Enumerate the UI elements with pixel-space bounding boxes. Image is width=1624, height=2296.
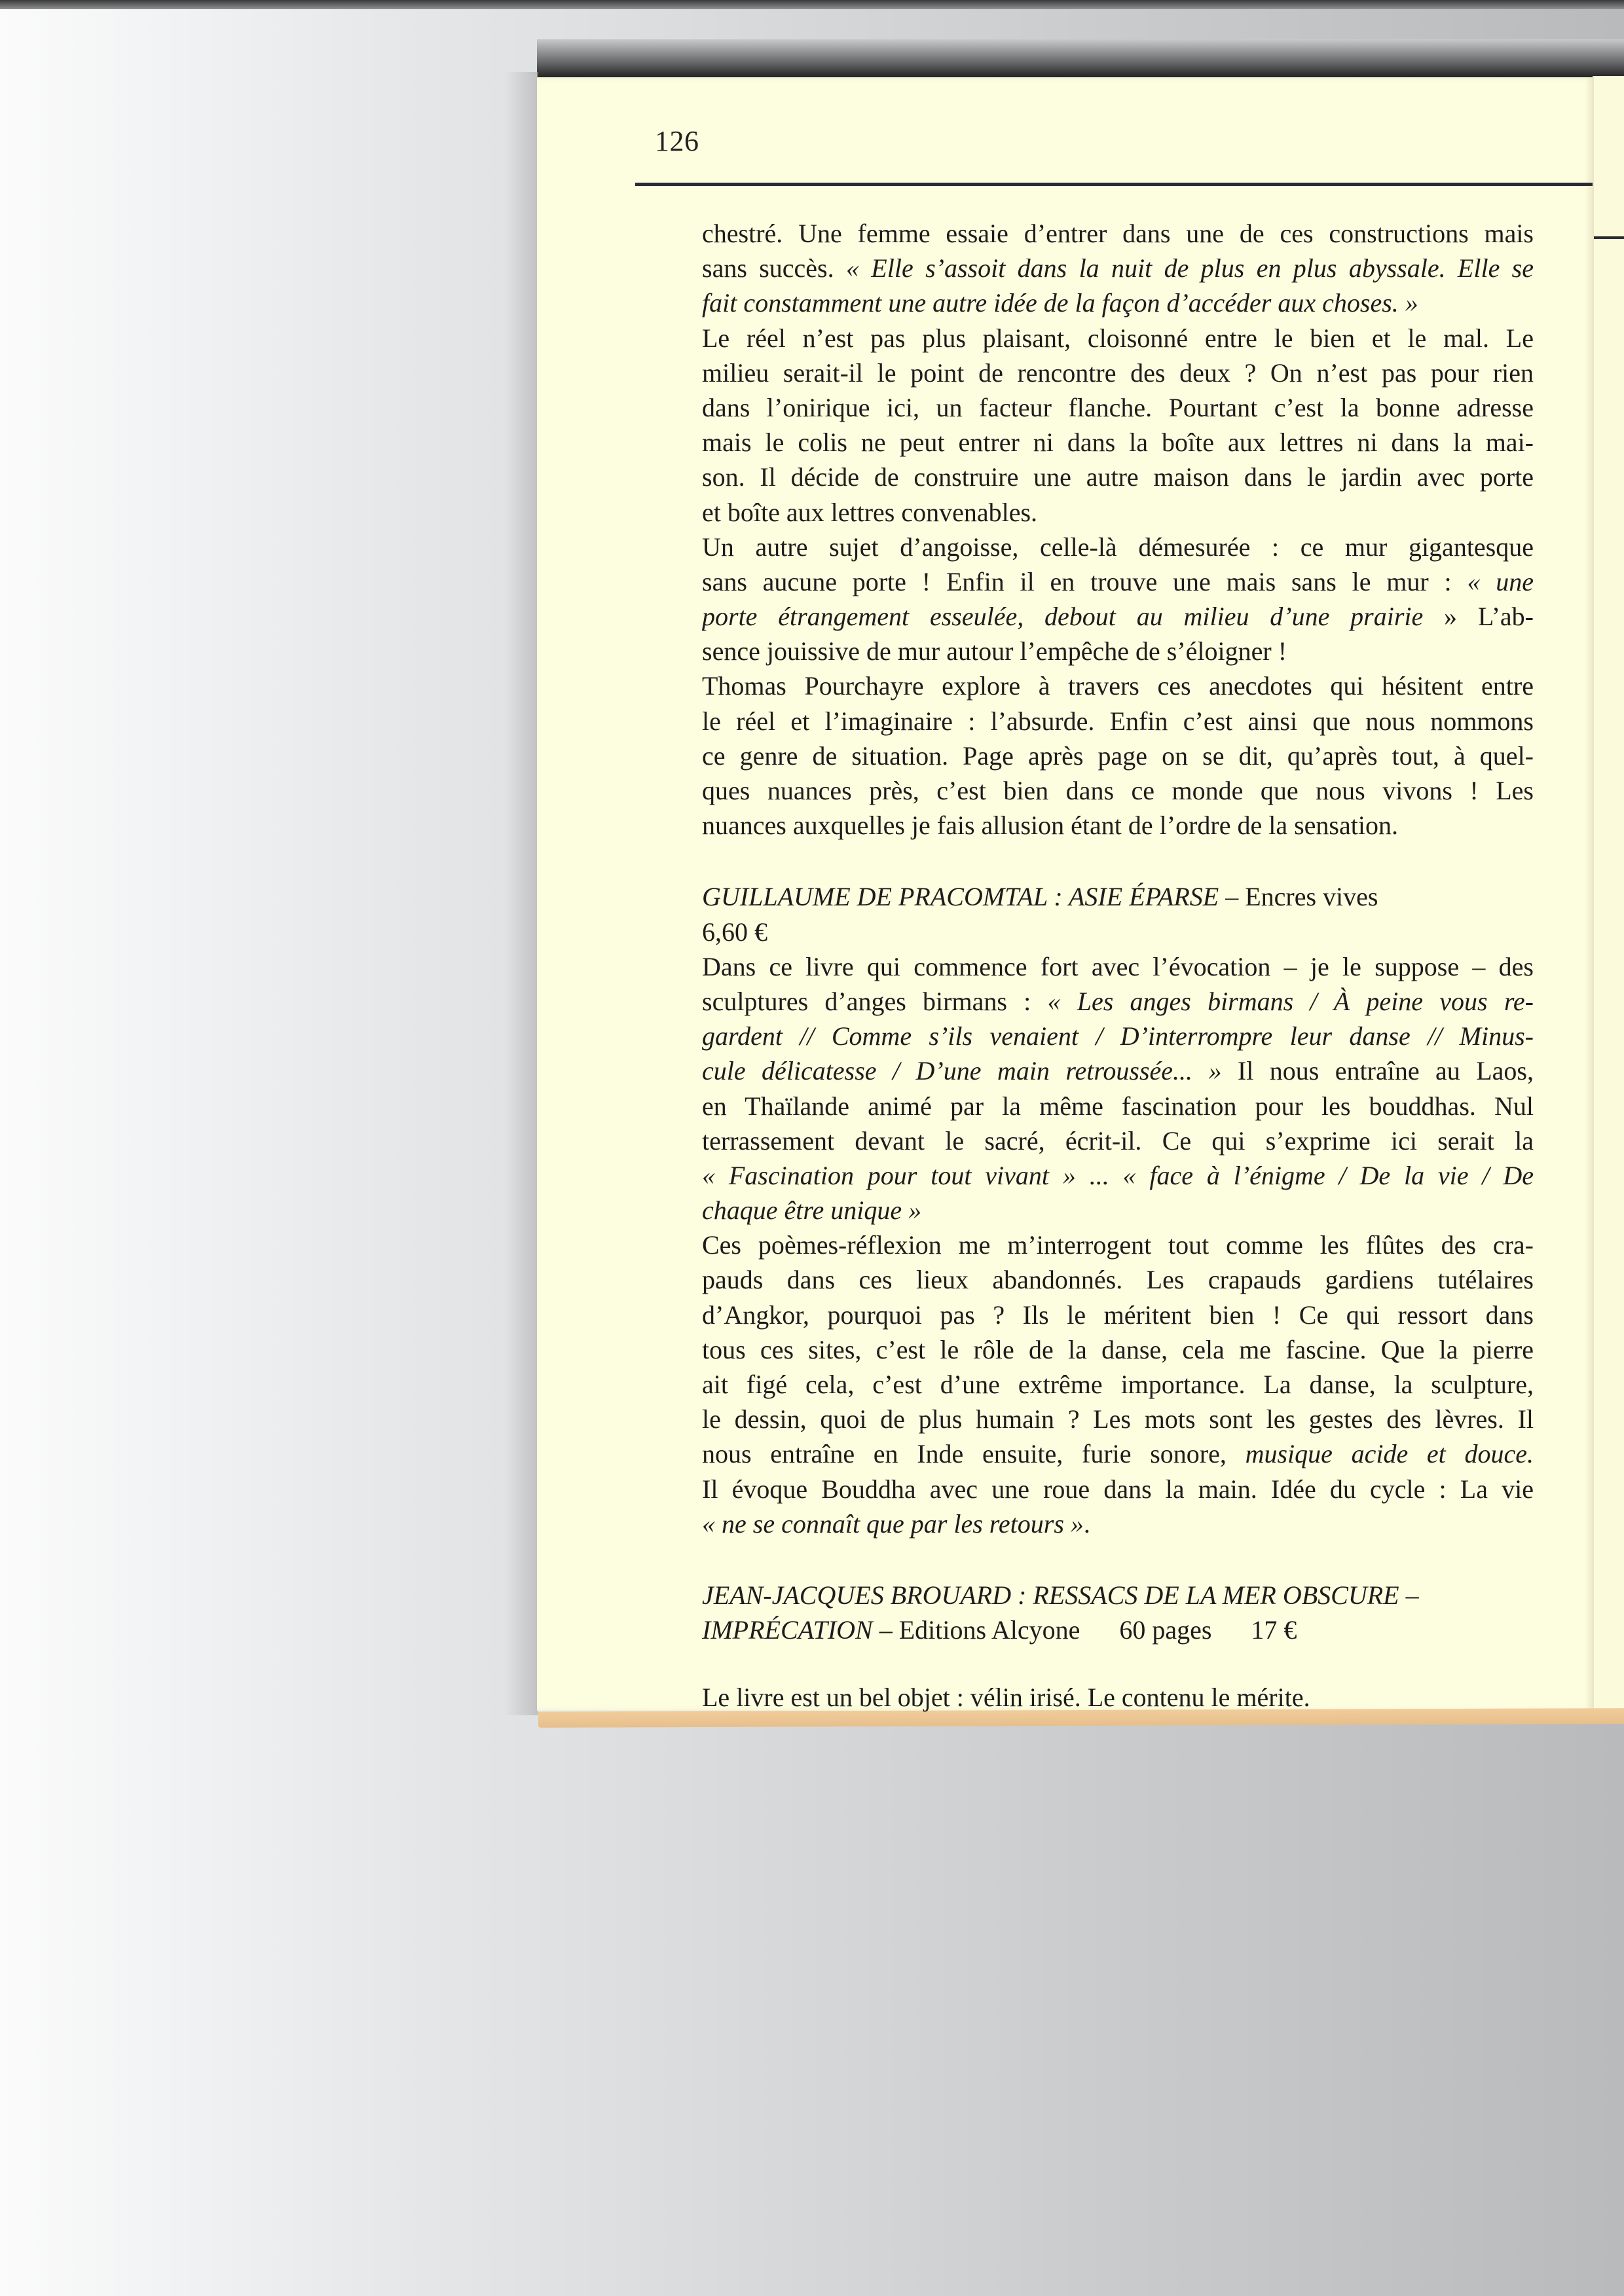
text-line: Il évoque Bouddha avec une roue dans la … xyxy=(702,1472,1534,1506)
book-author-title: GUILLAUME DE PRACOMTAL : ASIE ÉPARSE xyxy=(702,882,1219,911)
text-line: sans succès. « Elle s’assoit dans la nui… xyxy=(702,251,1534,285)
text-line: ques nuances près, c’est bien dans ce mo… xyxy=(702,773,1534,808)
adjacent-page-rule xyxy=(1594,236,1624,239)
page-top-shadow xyxy=(537,39,1624,79)
text-line: nous entraîne en Inde ensuite, furie son… xyxy=(702,1436,1534,1471)
text-line: son. Il décide de construire une autre m… xyxy=(702,460,1534,494)
review-heading-line2: IMPRÉCATION – Editions Alcyone60 pages17… xyxy=(702,1613,1534,1647)
book-pages: 60 pages xyxy=(1119,1615,1211,1645)
book-publisher: – Editions Alcyone xyxy=(873,1615,1080,1645)
book-price: 6,60 € xyxy=(702,915,1534,949)
book-author-title: JEAN-JACQUES BROUARD : RESSACS DE LA MER… xyxy=(702,1580,1419,1610)
text-line: Le réel n’est pas plus plaisant, cloison… xyxy=(702,321,1534,355)
text-line: Thomas Pourchayre explore à travers ces … xyxy=(702,668,1534,703)
text-line: sence jouissive de mur autour l’empêche … xyxy=(702,634,1534,668)
text-line: chaque être unique » xyxy=(702,1193,1534,1228)
book-price: 17 € xyxy=(1251,1615,1297,1645)
text-line: d’Angkor, pourquoi pas ? Ils le méritent… xyxy=(702,1298,1534,1332)
text-line: cule délicatesse / D’une main retroussée… xyxy=(702,1053,1534,1088)
text-line: gardent // Comme s’ils venaient / D’inte… xyxy=(702,1019,1534,1053)
text-line: fait constamment une autre idée de la fa… xyxy=(702,285,1534,320)
page-left-shadow xyxy=(504,72,538,1715)
text-line: « Fascination pour tout vivant » ... « f… xyxy=(702,1158,1534,1193)
text-line: terrassement devant le sacré, écrit-il. … xyxy=(702,1123,1534,1158)
adjacent-page-edge xyxy=(1593,76,1624,1713)
text-column: chestré. Une femme essaie d’entrer dans … xyxy=(702,216,1534,1715)
review-body: Le livre est un bel objet : vélin irisé.… xyxy=(702,1680,1534,1715)
text-line: tous ces sites, c’est le rôle de la dans… xyxy=(702,1332,1534,1367)
text-line: nuances auxquelles je fais allusion étan… xyxy=(702,808,1534,843)
page-number: 126 xyxy=(655,124,699,158)
review-body: Dans ce livre qui commence fort avec l’é… xyxy=(702,949,1534,1541)
text-line: en Thaïlande animé par la même fascinati… xyxy=(702,1089,1534,1123)
text-line: ait figé cela, c’est d’une extrême impor… xyxy=(702,1367,1534,1402)
text-line: ce genre de situation. Page après page o… xyxy=(702,738,1534,773)
review-thomas-pourchayre: chestré. Une femme essaie d’entrer dans … xyxy=(702,216,1534,843)
text-line: pauds dans ces lieux abandonnés. Les cra… xyxy=(702,1262,1534,1297)
text-line: « ne se connaît que par les retours ». xyxy=(702,1506,1534,1541)
text-line: porte étrangement esseulée, debout au mi… xyxy=(702,599,1534,634)
text-line: sculptures d’anges birmans : « Les anges… xyxy=(702,984,1534,1019)
text-line: le dessin, quoi de plus humain ? Les mot… xyxy=(702,1402,1534,1436)
review-heading: GUILLAUME DE PRACOMTAL : ASIE ÉPARSE – E… xyxy=(702,879,1534,914)
text-line: le réel et l’imaginaire : l’absurde. Enf… xyxy=(702,704,1534,738)
header-rule xyxy=(635,183,1593,186)
text-line: et boîte aux lettres convenables. xyxy=(702,495,1534,530)
book-publisher: – Encres vives xyxy=(1219,882,1378,911)
text-line: milieu serait-il le point de rencontre d… xyxy=(702,355,1534,390)
text-line: Dans ce livre qui commence fort avec l’é… xyxy=(702,949,1534,984)
review-jean-jacques-brouard: JEAN-JACQUES BROUARD : RESSACS DE LA MER… xyxy=(702,1578,1534,1715)
scanner-top-edge xyxy=(0,0,1624,9)
text-line: dans l’onirique ici, un facteur flanche.… xyxy=(702,390,1534,425)
text-line: sans aucune porte ! Enfin il en trouve u… xyxy=(702,564,1534,599)
book-title-cont: IMPRÉCATION xyxy=(702,1615,873,1645)
text-line: mais le colis ne peut entrer ni dans la … xyxy=(702,425,1534,460)
review-heading-line1: JEAN-JACQUES BROUARD : RESSACS DE LA MER… xyxy=(702,1578,1534,1613)
text-line: Un autre sujet d’angoisse, celle-là déme… xyxy=(702,530,1534,564)
review-guillaume-de-pracomtal: GUILLAUME DE PRACOMTAL : ASIE ÉPARSE – E… xyxy=(702,879,1534,1541)
text-line: Ces poèmes-réflexion me m’interrogent to… xyxy=(702,1228,1534,1262)
text-line: chestré. Une femme essaie d’entrer dans … xyxy=(702,216,1534,251)
